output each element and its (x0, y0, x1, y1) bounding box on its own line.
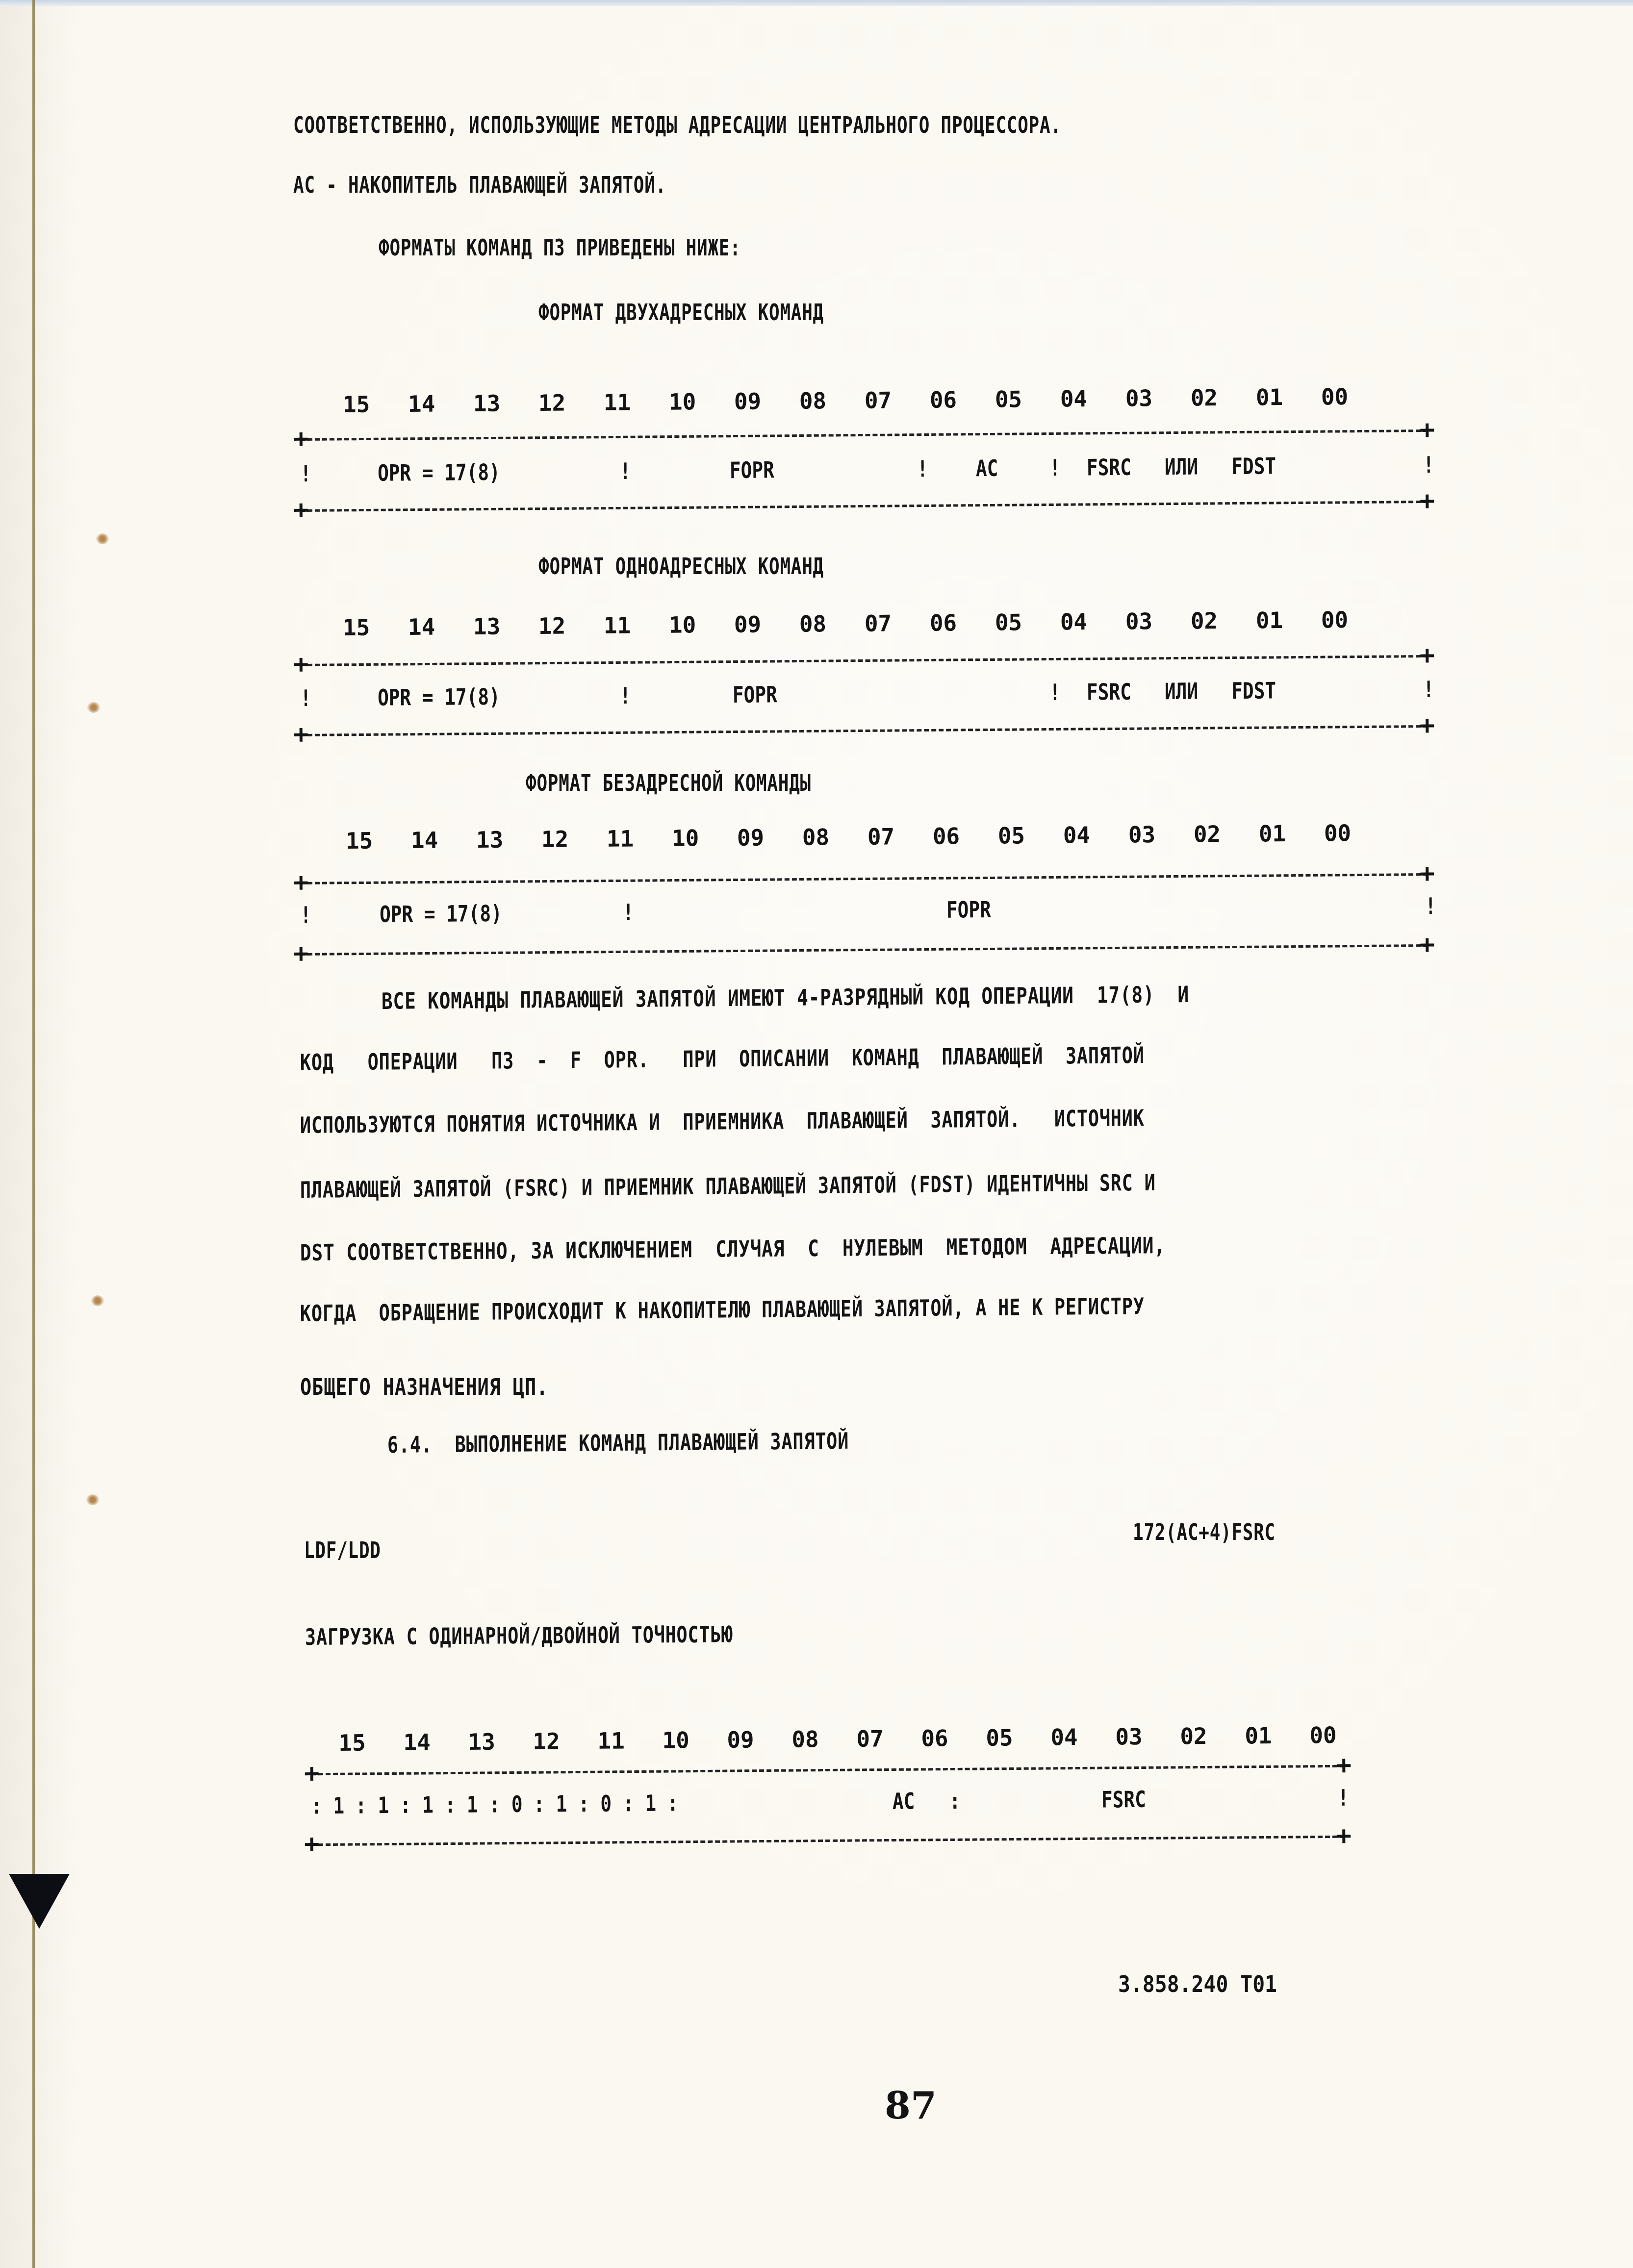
bit-number: 03 (1097, 1723, 1161, 1750)
bit-number: 14 (389, 390, 454, 417)
field-separator: : (949, 1788, 961, 1814)
bit-number: 15 (324, 614, 389, 641)
bit-number: 02 (1174, 821, 1240, 848)
bit-number: 07 (848, 823, 914, 850)
field-separator: ! (300, 902, 311, 928)
bit-number: 15 (324, 391, 389, 418)
bit-number: 02 (1172, 607, 1237, 634)
scanner-top-edge (0, 0, 1633, 6)
bit-number: 09 (708, 1726, 773, 1753)
bit-number: 14 (389, 613, 454, 640)
instruction-opcode: 172(AC+4)FSRC (1133, 1519, 1276, 1545)
format-title: ФОРМАТ ДВУХАДРЕСНЫХ КОМАНД (538, 299, 824, 326)
ac-field: AC (976, 455, 998, 481)
bit-number: 11 (579, 1727, 643, 1754)
bit-number: 15 (327, 827, 392, 854)
bit-number: 00 (1302, 606, 1367, 633)
binding-hole (96, 533, 109, 544)
section-heading: 6.4. ВЫПОЛНЕНИЕ КОМАНД ПЛАВАЮЩЕЙ ЗАПЯТОЙ (387, 1428, 849, 1458)
operand-field: FSRC ИЛИ FDST (1087, 453, 1276, 480)
bit-number: 06 (911, 609, 976, 636)
binding-hole (86, 1494, 99, 1505)
page-number: 87 (885, 2084, 937, 2127)
bit-number: 12 (519, 389, 585, 416)
instruction-mnemonic: LDF/LDD (304, 1537, 381, 1563)
bit-number: 04 (1041, 608, 1106, 635)
operand-field: FSRC ИЛИ FDST (1087, 677, 1276, 705)
fopr-field: FOPR (733, 681, 777, 708)
field-separator: ! (300, 685, 311, 711)
bit-number: 12 (519, 612, 585, 639)
bit-number: 05 (976, 386, 1041, 413)
bit-number: 08 (780, 610, 845, 637)
bit-number: 06 (914, 823, 979, 850)
bit-number: 02 (1172, 384, 1237, 411)
bit-number: 05 (976, 609, 1041, 636)
opr-field: OPR = 17(8) (378, 459, 500, 486)
bit-number: 04 (1041, 385, 1106, 412)
bit-number: 13 (454, 613, 519, 640)
bit-number: 09 (715, 611, 780, 638)
bit-number: 14 (384, 1729, 449, 1756)
bit-number: 09 (715, 388, 780, 415)
bit-number: 11 (587, 825, 653, 852)
opr-field: OPR = 17(8) (378, 683, 500, 711)
binding-hole (91, 1295, 104, 1306)
page-marker-triangle-icon (9, 1874, 70, 1929)
bit-number: 01 (1240, 820, 1305, 847)
field-separator: ! (620, 458, 631, 484)
bit-number: 06 (902, 1725, 967, 1752)
fopr-field: FOPR (946, 896, 991, 923)
bit-number: 13 (457, 826, 522, 853)
bit-number: 13 (449, 1728, 514, 1755)
field-separator: ! (1423, 452, 1434, 478)
binding-hole (87, 702, 100, 713)
fopr-field: FOPR (730, 456, 774, 483)
format-title: ФОРМАТ БЕЗАДРЕСНОЙ КОМАНДЫ (526, 770, 811, 796)
bit-number: 00 (1291, 1722, 1355, 1749)
fsrc-field: FSRC (1101, 1786, 1146, 1813)
intro-line-2: АС - НАКОПИТЕЛЬ ПЛАВАЮЩЕЙ ЗАПЯТОЙ. (293, 172, 666, 198)
field-separator: ! (300, 460, 311, 487)
bit-number: 08 (780, 387, 845, 414)
bit-number: 10 (643, 1727, 708, 1754)
bit-number: 02 (1161, 1723, 1226, 1750)
bit-number: 01 (1237, 384, 1302, 411)
field-separator: ! (917, 455, 928, 482)
bit-number: 03 (1109, 821, 1174, 848)
instruction-description: ЗАГРУЗКА С ОДИНАРНОЙ/ДВОЙНОЙ ТОЧНОСТЬЮ (305, 1621, 733, 1650)
bit-number: 07 (845, 610, 911, 637)
bit-number: 08 (783, 824, 848, 851)
bit-number: 12 (514, 1728, 579, 1755)
field-separator: ! (1049, 454, 1061, 481)
bit-number: 01 (1237, 607, 1302, 634)
bit-number: 08 (773, 1726, 838, 1753)
bit-number: 07 (838, 1725, 902, 1752)
bit-number: 11 (585, 612, 650, 639)
bit-number: 12 (522, 826, 587, 853)
bit-number: 10 (653, 825, 718, 852)
bit-number: 13 (454, 390, 519, 417)
bit-number: 03 (1106, 608, 1172, 635)
bit-number: 07 (845, 387, 911, 414)
opr-field: OPR = 17(8) (380, 900, 502, 928)
encoding-bits: : 1 : 1 : 1 : 1 : 0 : 1 : 0 : 1 : (311, 1789, 679, 1819)
intro-line-1: СООТВЕТСТВЕННО, ИСПОЛЬЗУЮЩИЕ МЕТОДЫ АДРЕ… (293, 112, 1062, 138)
intro-line-3: ФОРМАТЫ КОМАНД ПЗ ПРИВЕДЕНЫ НИЖЕ: (379, 234, 741, 261)
paper-background (0, 0, 1633, 2268)
document-code: 3.858.240 Т01 (1118, 1971, 1277, 1997)
ac-field: AC (893, 1788, 915, 1814)
field-separator: ! (1338, 1785, 1349, 1811)
bit-number: 05 (979, 822, 1044, 849)
bit-number: 04 (1044, 822, 1109, 849)
bit-number: 05 (967, 1724, 1032, 1751)
bit-number: 04 (1032, 1724, 1097, 1751)
paragraph-line: ОБЩЕГО НАЗНАЧЕНИЯ ЦП. (300, 1374, 548, 1400)
bit-number: 15 (320, 1729, 384, 1756)
bit-number: 06 (911, 386, 976, 413)
format-title: ФОРМАТ ОДНОАДРЕСНЫХ КОМАНД (538, 553, 824, 580)
bit-number: 01 (1226, 1722, 1291, 1749)
field-separator: ! (1423, 676, 1434, 703)
bit-number: 10 (650, 388, 715, 415)
field-separator: ! (620, 682, 631, 709)
bit-number: 03 (1106, 385, 1172, 412)
bit-number: 09 (718, 824, 783, 851)
field-separator: ! (1049, 679, 1061, 706)
bit-number: 11 (585, 389, 650, 416)
field-separator: ! (1425, 893, 1436, 919)
bit-number: 00 (1302, 383, 1367, 410)
bit-number: 10 (650, 611, 715, 638)
field-separator: ! (623, 899, 634, 926)
bit-number: 14 (392, 827, 457, 854)
bit-number: 00 (1305, 820, 1370, 847)
